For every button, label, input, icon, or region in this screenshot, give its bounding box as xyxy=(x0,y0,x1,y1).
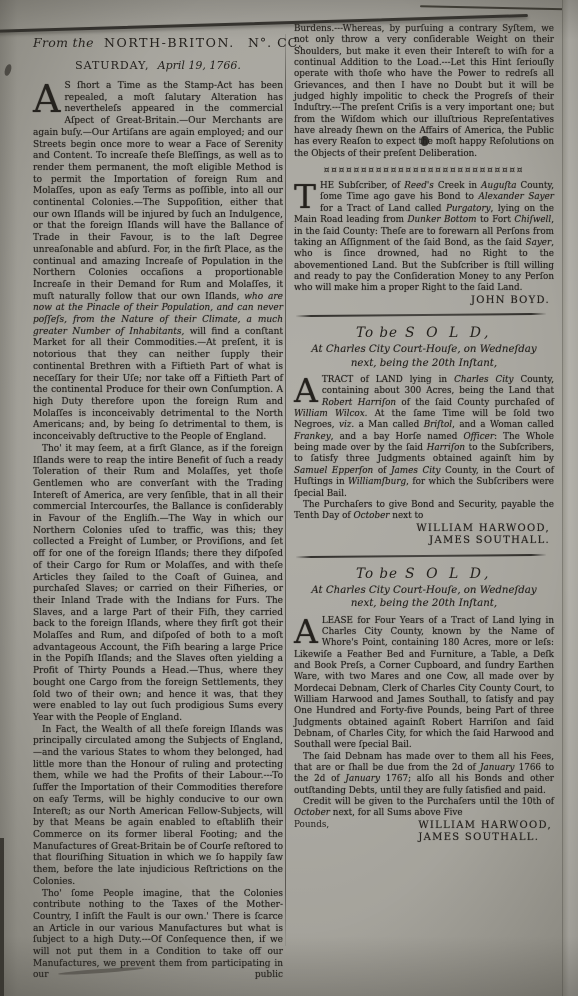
ad-second: To beS O L D, At Charles City Court-Houſ… xyxy=(294,563,554,845)
section-rule xyxy=(296,313,546,317)
drop-cap: A xyxy=(294,618,318,648)
scan-crease-line-2 xyxy=(420,5,578,11)
ad-signature: WILLIAM HARWOOD, xyxy=(418,820,554,833)
paragraph-text: HE Subſcriber, of Reed's Creek in Auguſt… xyxy=(294,181,554,293)
dateline: SATURDAY, April 19, 1766. xyxy=(33,54,283,73)
ad-signature: JAMES SOUTHALL. xyxy=(418,832,554,845)
credit-tail-text: Pounds, xyxy=(294,820,329,831)
ad-subtitle: At Charles City Court-Houſe, on Wedneſda… xyxy=(304,584,544,611)
article-continuation: Burdens.---Whereas, by purſuing a contra… xyxy=(294,24,554,160)
ad-paragraph: ALEASE for Four Years of a Tract of Land… xyxy=(294,616,554,752)
ad-credit-signature-row: Pounds, WILLIAM HARWOOD, JAMES SOUTHALL. xyxy=(294,820,554,845)
ink-stain xyxy=(3,63,12,76)
ad-signature: WILLIAM HARWOOD, xyxy=(294,523,554,536)
ad-body: ATRACT of LAND lying in Charles City Cou… xyxy=(294,375,554,522)
article-body: AS ſhort a Time as the Stamp-Act has bee… xyxy=(33,81,283,982)
article-paragraph: Tho' it may ſeem, at a firſt Glance, as … xyxy=(33,444,283,725)
ad-paragraph: Credit will be given to the Purchaſers u… xyxy=(294,797,554,820)
ad-signature: JAMES SOUTHALL. xyxy=(294,535,554,548)
ad-title-prefix: To be xyxy=(356,566,398,582)
masthead-prefix: From the xyxy=(33,35,94,50)
article-paragraph: Tho' ſome People imagine, that the Colon… xyxy=(33,889,283,983)
dateline-day: SATURDAY, xyxy=(75,59,149,72)
paragraph-text: LEASE for Four Years of a Tract of Land … xyxy=(294,616,554,751)
ad-first: To beS O L D, At Charles City Court-Houſ… xyxy=(294,322,554,547)
page-right-edge xyxy=(562,0,578,996)
dateline-date: April 19, 1766. xyxy=(158,59,241,72)
ad-title-word: S O L D, xyxy=(405,566,492,582)
notice-section: THE Subſcriber, of Reed's Creek in Auguſ… xyxy=(294,181,554,307)
drop-cap: A xyxy=(33,83,60,117)
article-paragraph: Burdens.---Whereas, by purſuing a contra… xyxy=(294,24,554,160)
paragraph-text: S ſhort a Time as the Stamp-Act has been… xyxy=(33,81,283,442)
ad-paragraph: The Purchaſers to give Bond and Security… xyxy=(294,500,554,523)
masthead: From the NORTH-BRITON. N°. CC. xyxy=(33,32,283,51)
page-left-edge-shadow xyxy=(0,838,4,996)
ad-body: ALEASE for Four Years of a Tract of Land… xyxy=(294,616,554,820)
article-paragraph: In Fact, the Wealth of all theſe foreign… xyxy=(33,725,283,889)
ad-title-prefix: To be xyxy=(356,325,398,341)
article-paragraph: AS ſhort a Time as the Stamp-Act has bee… xyxy=(33,81,283,444)
notice-signature: JOHN BOYD. xyxy=(294,295,554,308)
ad-subtitle: At Charles City Court-Houſe, on Wedneſda… xyxy=(304,343,544,370)
column-divider-rule xyxy=(285,34,286,946)
right-column: Burdens.---Whereas, by purſuing a contra… xyxy=(294,24,554,845)
notice-paragraph: THE Subſcriber, of Reed's Creek in Auguſ… xyxy=(294,181,554,294)
ad-paragraph: ATRACT of LAND lying in Charles City Cou… xyxy=(294,375,554,500)
ad-signature-block: WILLIAM HARWOOD, JAMES SOUTHALL. xyxy=(418,820,554,845)
ad-paragraph: The ſaid Debnam has made over to them al… xyxy=(294,752,554,797)
paragraph-text: TRACT of LAND lying in Charles City Coun… xyxy=(294,375,554,498)
drop-cap: T xyxy=(294,183,316,213)
ad-title: To beS O L D, xyxy=(294,322,554,341)
masthead-title: NORTH-BRITON. xyxy=(104,35,235,50)
ornament-separator: ¤¤¤¤¤¤¤¤¤¤¤¤¤¤¤¤¤¤¤¤¤¤¤¤¤¤¤ xyxy=(294,166,554,176)
newspaper-page: From the NORTH-BRITON. N°. CC. SATURDAY,… xyxy=(0,0,578,996)
ad-title-word: S O L D, xyxy=(405,325,492,341)
drop-cap: A xyxy=(294,377,318,407)
section-rule xyxy=(296,553,546,557)
ad-title: To beS O L D, xyxy=(294,563,554,582)
left-column: From the NORTH-BRITON. N°. CC. SATURDAY,… xyxy=(33,32,283,982)
